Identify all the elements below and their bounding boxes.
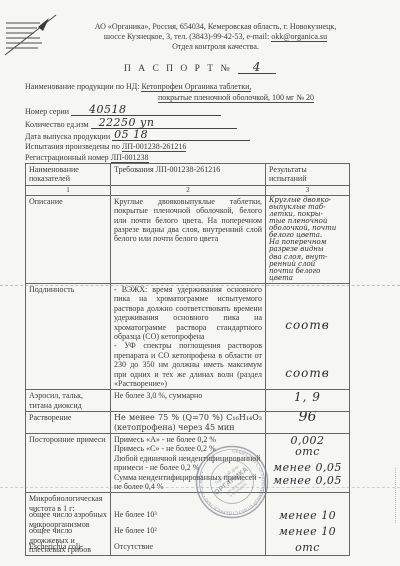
series-value: 40518 (89, 103, 127, 116)
col-header-indicators: Наименование показателей (26, 164, 111, 186)
row-requirement: Не более 3,0 %, суммарно (111, 390, 266, 412)
impurity-result-c: отс (269, 446, 346, 457)
field-reg-number: Регистрационный номер ЛП-001238 (25, 153, 149, 162)
organika-logo-icon (4, 14, 58, 58)
scan-fold-line-1 (0, 285, 400, 286)
row-name: Растворение (26, 412, 111, 434)
column-number-row: 1 2 3 (26, 185, 350, 195)
row-result-handwritten: менее 10 менее 10 отс (266, 493, 350, 556)
table-row-impurities: Посторонние примеси Примесь «А» - не бол… (26, 434, 350, 493)
table-row-identity: Подлинность - ВЭЖХ: время удерживания ос… (26, 283, 350, 389)
micro-req-yeast: Не более 10² (114, 526, 262, 542)
scan-edge-artifact (395, 468, 396, 523)
round-stamp: ОБЩЕСТВО С ОГРАНИЧЕННОЙ ОТВЕТСТВЕННОСТЬЮ… (195, 445, 269, 519)
reg-number-value: ЛП-001238 (111, 153, 149, 163)
field-product-name-line2: покрытые пленочной оболочкой, 100 мг № 2… (158, 93, 314, 102)
col-header-requirements: Требования ЛП-001238-261216 (111, 164, 266, 186)
org-address-line2: шоссе Кузнецкое, 3, тел. (3843)-99-42-53… (58, 32, 373, 42)
identity-req-hplc: - ВЭЖХ: время удерживания основного пика… (114, 285, 262, 341)
row-result-handwritten: 0,002 отс менее 0,05 менее 0,05 (266, 434, 350, 493)
product-name-line2: покрытые пленочной оболочкой, 100 мг № 2… (158, 93, 314, 103)
tested-by-value: ЛП-001238-261216 (122, 142, 187, 152)
passport-title: П А С П О Р Т №4 (0, 61, 400, 74)
passport-document-page: АО «Органика», Россия, 654034, Кемеровск… (0, 0, 400, 566)
micro-name-aerobic: общее число аэробных микроорганизмов (29, 510, 107, 526)
org-header: АО «Органика», Россия, 654034, Кемеровск… (58, 22, 373, 52)
row-name: Аэросил, тальк, титана диоксид (26, 390, 111, 412)
spec-table: Наименование показателей Требования ЛП-0… (25, 163, 350, 556)
micro-name-ecoli: Escherichia coli (29, 542, 107, 552)
table-row-aerosil: Аэросил, тальк, титана диоксид Не более … (26, 390, 350, 412)
org-address-line1: АО «Органика», Россия, 654034, Кемеровск… (58, 22, 373, 32)
col-header-results: Результаты испытаний (266, 164, 350, 186)
table-row-microbiology: Микробиологическая чистота в 1 г: общее … (26, 493, 350, 556)
row-result-handwritten: Круглые двояко- выпуклые таб- летки, пок… (266, 195, 350, 283)
row-result-handwritten: соотв соотв (266, 283, 350, 389)
row-result-handwritten: 96 (266, 412, 350, 434)
field-series: Номер серии 40518 (25, 104, 221, 116)
row-name: Микробиологическая чистота в 1 г: общее … (26, 493, 111, 556)
product-name-line1: Кетопрофен Органика таблетки, (141, 82, 251, 92)
identity-result-1: соотв (269, 319, 346, 331)
field-tested-by: Испытания произведены по ЛП-001238-26121… (25, 142, 186, 151)
org-email: okk@organica.su (271, 32, 327, 42)
table-header-row: Наименование показателей Требования ЛП-0… (26, 164, 350, 186)
scan-fold-line-2 (0, 487, 400, 488)
release-date-value: 05 18 (114, 128, 148, 141)
row-requirement: - ВЭЖХ: время удерживания основного пика… (111, 283, 266, 389)
micro-req-ecoli: Отсутствие (114, 542, 262, 552)
passport-number: 4 (238, 61, 276, 74)
identity-req-uv: - УФ спектры поглощения растворов препар… (114, 341, 262, 388)
identity-result-2: соотв (269, 367, 346, 379)
org-department: Отдел контроля качества. (58, 42, 373, 52)
micro-name-title: Микробиологическая чистота в 1 г: (29, 494, 107, 510)
table-row-dissolution: Растворение Не менее 75 % (Q=70 %) C₁₆H₁… (26, 412, 350, 434)
impurity-result-single: менее 0,05 (269, 462, 346, 473)
field-product-name: Наименование продукции по НД: Кетопрофен… (25, 82, 251, 91)
micro-name-yeast: общее число дрожжевых и плесневых грибов (29, 526, 107, 542)
table-row-description: Описание Круглые двояковыпуклые таблетки… (26, 195, 350, 283)
row-name: Описание (26, 195, 111, 283)
row-result-handwritten: 1, 9 (266, 390, 350, 412)
micro-res-yeast: менее 10 (269, 526, 346, 542)
passport-title-label: П А С П О Р Т № (124, 64, 232, 74)
field-release-date: Дата выпуска продукции 05 18 (25, 129, 250, 141)
micro-res-ecoli: отс (269, 542, 346, 552)
row-requirement: Не менее 75 % (Q=70 %) C₁₆H₁₄O₃ (кетопро… (111, 412, 266, 434)
row-name: Подлинность (26, 283, 111, 389)
impurity-result-sum: менее 0,05 (269, 475, 346, 486)
logo-flag-shape (38, 18, 49, 31)
micro-res-aerobic: менее 10 (269, 510, 346, 526)
row-requirement: Круглые двояковыпуклые таблетки, покрыты… (111, 195, 266, 283)
row-name: Посторонние примеси (26, 434, 111, 493)
